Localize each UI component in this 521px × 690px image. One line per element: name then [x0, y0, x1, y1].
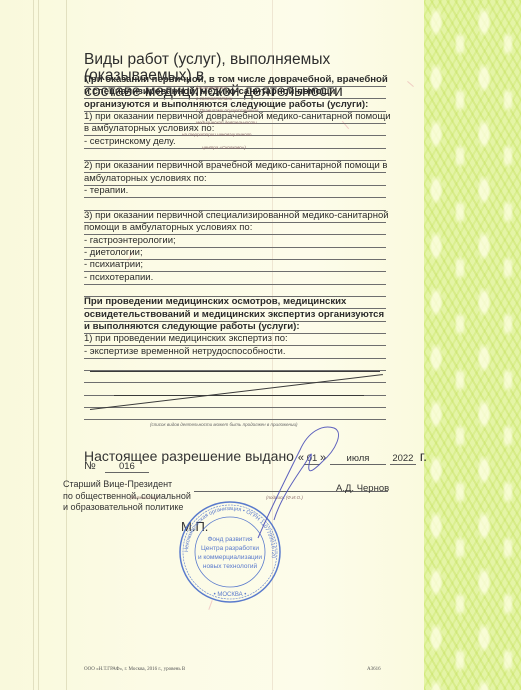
form-code: А3616: [367, 667, 381, 672]
form-hint: с Правилами осуществления: [196, 108, 258, 113]
activity-line: - терапии.: [84, 185, 386, 198]
signatory-position: Старший Вице-Президент по общественной, …: [63, 479, 191, 514]
svg-text:• МОСКВА •: • МОСКВА •: [214, 592, 247, 598]
activity-line: амбулаторных условиях по:: [84, 173, 386, 186]
position-line: Старший Вице-Президент: [63, 479, 191, 491]
activity-line: 2) при оказании первичной врачебной меди…: [84, 160, 386, 173]
activity-line: [84, 407, 386, 420]
form-hint: в соответствии: [196, 96, 232, 101]
page-edge: [38, 0, 39, 690]
activity-line: - диетологии;: [84, 247, 386, 260]
svg-text:новых технологий: новых технологий: [203, 562, 258, 570]
strike-line: [90, 371, 380, 372]
position-line: по общественной, социальной: [63, 491, 191, 503]
activity-line: 3) при оказании первичной специализирова…: [84, 210, 386, 223]
position-line: и образовательной политике: [63, 502, 191, 514]
activity-line: 1) при проведении медицинских экспертиз …: [84, 333, 386, 346]
number-value: 016: [105, 461, 149, 473]
activity-line: - экспертизе временной нетрудоспособност…: [84, 346, 386, 359]
activity-line: [84, 198, 386, 211]
activity-line: [84, 395, 386, 408]
section-heading-line: освидетельствований и медицинских экспер…: [84, 309, 386, 322]
svg-text:Центра разработки: Центра разработки: [201, 544, 259, 552]
page-edge: [66, 0, 67, 690]
strike-line: [114, 395, 364, 396]
number-label: №: [84, 460, 96, 472]
permit-number: № 016: [84, 460, 149, 473]
activity-line: помощи в амбулаторных условиях по:: [84, 222, 386, 235]
activity-line: - психотерапии.: [84, 272, 386, 285]
section-heading-line: При оказании первичной, в том числе довр…: [84, 74, 386, 87]
activity-line: [84, 284, 386, 297]
position-hint: (должность): [130, 495, 157, 500]
section-heading-line: и специализированной, медико-санитарной …: [84, 86, 386, 99]
year-suffix: г.: [420, 448, 427, 464]
section-heading-line: и выполняются следующие работы (услуги):: [84, 321, 386, 334]
activity-line: - гастроэнтерологии;: [84, 235, 386, 248]
printer-info: ООО «Н.Т.ГРАФ», г. Москва, 2016 г., уров…: [84, 667, 185, 672]
form-hint: медицинской деятельности: [196, 120, 257, 125]
page-edge: [33, 0, 34, 690]
activity-line: [84, 383, 386, 396]
form-hint: на территории инновационного: [182, 132, 251, 137]
activity-line: [84, 148, 386, 161]
form-hint: (оказываются: [196, 85, 226, 90]
svg-text:и коммерциализации: и коммерциализации: [198, 554, 262, 561]
section-heading-line: При проведении медицинских осмотров, мед…: [84, 296, 386, 309]
activity-line: - психиатрии;: [84, 259, 386, 272]
form-hint: центра «Сколково»): [202, 145, 246, 150]
activity-line: [84, 358, 386, 371]
handwritten-signature: [240, 420, 360, 540]
license-page: Виды работ (услуг), выполняемых (оказыва…: [0, 0, 521, 690]
guilloche-border: [424, 0, 521, 690]
issue-year: 2022: [390, 453, 416, 465]
